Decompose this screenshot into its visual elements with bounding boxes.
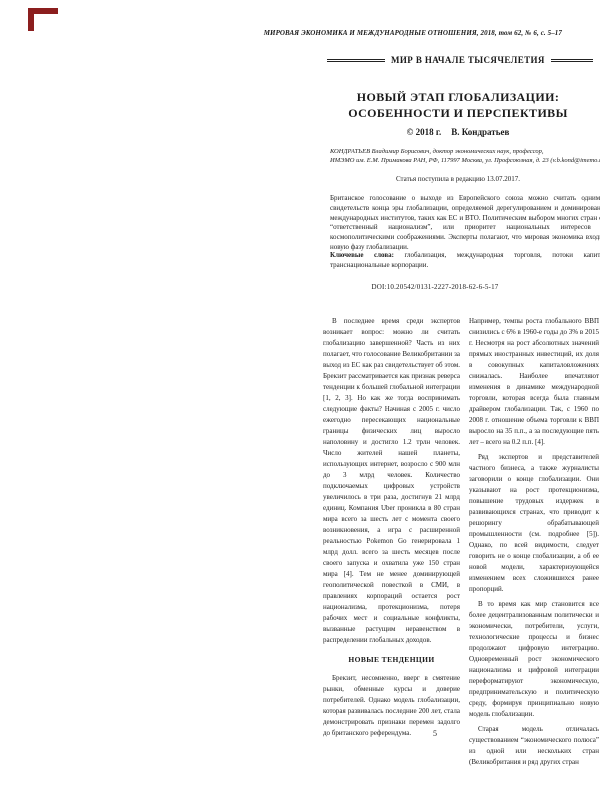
page-number: 5 xyxy=(285,729,585,738)
section-heading-new-trends: НОВЫЕ ТЕНДЕНЦИИ xyxy=(323,654,460,665)
author-credentials-line: КОНДРАТЬЕВ Владимир Борисович, доктор эк… xyxy=(330,147,600,156)
body-columns: В последнее время среди экспертов возник… xyxy=(323,316,599,772)
doi-line: DOI:10.20542/0131-2227-2018-62-6-5-17 xyxy=(290,283,580,291)
article-title: НОВЫЙ ЭТАП ГЛОБАЛИЗАЦИИ: ОСОБЕННОСТИ И П… xyxy=(308,89,600,121)
keywords-label: Ключевые слова: xyxy=(330,251,394,259)
article-title-line1: НОВЫЙ ЭТАП ГЛОБАЛИЗАЦИИ: xyxy=(308,89,600,105)
section-banner-title: МИР В НАЧАЛЕ ТЫСЯЧЕЛЕТИЯ xyxy=(391,55,545,65)
right-paragraph-1: Например, темпы роста глобального ВВП сн… xyxy=(469,316,599,448)
keywords-block: Ключевые слова: глобализация, международ… xyxy=(330,251,600,271)
article-title-line2: ОСОБЕННОСТИ И ПЕРСПЕКТИВЫ xyxy=(308,105,600,121)
section-banner: МИР В НАЧАЛЕ ТЫСЯЧЕЛЕТИЯ xyxy=(327,55,593,65)
right-paragraph-3: В то время как мир становится все более … xyxy=(469,599,599,720)
journal-header-line: МИРОВАЯ ЭКОНОМИКА И МЕЖДУНАРОДНЫЕ ОТНОШЕ… xyxy=(230,29,562,37)
body-column-right: Например, темпы роста глобального ВВП сн… xyxy=(469,316,599,772)
author-address-line: ИМЭМО им. Е.М. Примакова РАН, РФ, 117997… xyxy=(330,156,600,165)
corner-crop-mark xyxy=(28,8,58,31)
body-column-left: В последнее время среди экспертов возник… xyxy=(323,316,460,772)
right-paragraph-2: Ряд экспертов и представителей частного … xyxy=(469,452,599,595)
copyright-year: © 2018 г. xyxy=(407,127,442,137)
left-paragraph-1: В последнее время среди экспертов возник… xyxy=(323,316,460,646)
abstract-paragraph: Британское голосование о выходе из Европ… xyxy=(330,194,600,253)
author-affiliation-block: КОНДРАТЬЕВ Владимир Борисович, доктор эк… xyxy=(330,147,600,165)
received-date-line: Статья поступила в редакцию 13.07.2017. xyxy=(308,175,600,183)
banner-rule-left xyxy=(327,59,385,62)
scanned-journal-page: МИРОВАЯ ЭКОНОМИКА И МЕЖДУНАРОДНЫЕ ОТНОШЕ… xyxy=(0,0,600,800)
copyright-line: © 2018 г.В. Кондратьев xyxy=(308,127,600,137)
banner-rule-right xyxy=(551,59,593,62)
copyright-author: В. Кондратьев xyxy=(451,127,509,137)
